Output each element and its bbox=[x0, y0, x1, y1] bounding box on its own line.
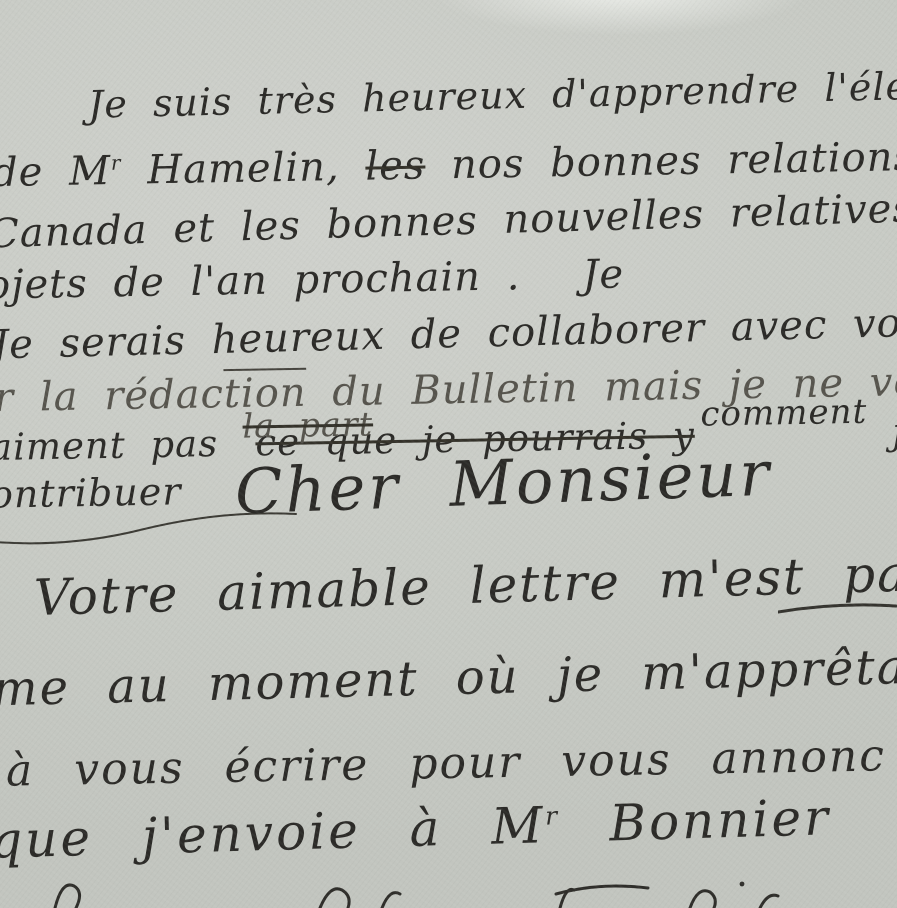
inserted-word: comment bbox=[700, 395, 867, 432]
salutation-line: Cher Monsieur bbox=[234, 443, 773, 524]
handwriting-line-2: de Mr Hamelin, les nos bonnes relations … bbox=[0, 135, 897, 193]
text-segment: Je serais heureux de collaborer avec vou bbox=[0, 300, 897, 369]
text-segment: nos bonnes relations avec bbox=[425, 132, 897, 189]
text-segment: Je bbox=[582, 251, 625, 298]
text-segment: je pou bbox=[867, 408, 897, 454]
handwriting-line-4: ojets de l'an prochain .Je bbox=[0, 254, 624, 305]
text-segment: Hamelin, bbox=[121, 144, 366, 194]
text-segment: ojets de l'an prochain . bbox=[0, 253, 521, 308]
superscript-r: r bbox=[111, 151, 122, 175]
text-segment: r la rédac bbox=[0, 371, 224, 421]
letter-photo: Je suis très heureux d'apprendre l'élect… bbox=[0, 0, 897, 908]
apostrophe-dot bbox=[740, 882, 745, 887]
text-segment: ontribuer bbox=[0, 469, 182, 516]
text-segment: que j'envoie à M bbox=[0, 796, 546, 869]
text-segment: Canada et les bonnes nouvelles relatives bbox=[0, 185, 897, 258]
handwriting-line-5: Je serais heureux de collaborer avec vou bbox=[0, 303, 897, 366]
struck-word: les bbox=[365, 143, 426, 190]
handwriting-line-10: me au moment où je m'apprêtai bbox=[0, 643, 897, 714]
cut-off-next-line-strokes bbox=[0, 872, 897, 908]
handwriting-line-11: à vous écrire pour vous annonc bbox=[6, 734, 887, 793]
handwriting-line-8: ontribuer bbox=[0, 472, 182, 513]
struck-insertion: la part bbox=[242, 407, 373, 443]
handwriting-line-1: Je suis très heureux d'apprendre l'élect bbox=[88, 66, 897, 123]
text-segment: aiment pas bbox=[0, 422, 243, 469]
text-segment: me au moment où je m'apprêtai bbox=[0, 639, 897, 718]
handwriting-line-9: Votre aimable lettre m'est parv bbox=[33, 547, 897, 623]
text-segment: Bonnier bbox=[560, 788, 832, 854]
superscript-r: r bbox=[545, 801, 561, 830]
text-segment: Votre aimable lettre m'est parv bbox=[33, 543, 897, 627]
text-segment: de M bbox=[0, 148, 111, 196]
text-segment: Je suis très heureux d'apprendre l'élect bbox=[88, 63, 897, 126]
handwriting-line-3: Canada et les bonnes nouvelles relatives… bbox=[0, 186, 897, 255]
handwriting-line-12: que j'envoie à Mr Bonnier bbox=[0, 792, 832, 865]
text-segment: à vous écrire pour vous annonc bbox=[6, 730, 887, 796]
